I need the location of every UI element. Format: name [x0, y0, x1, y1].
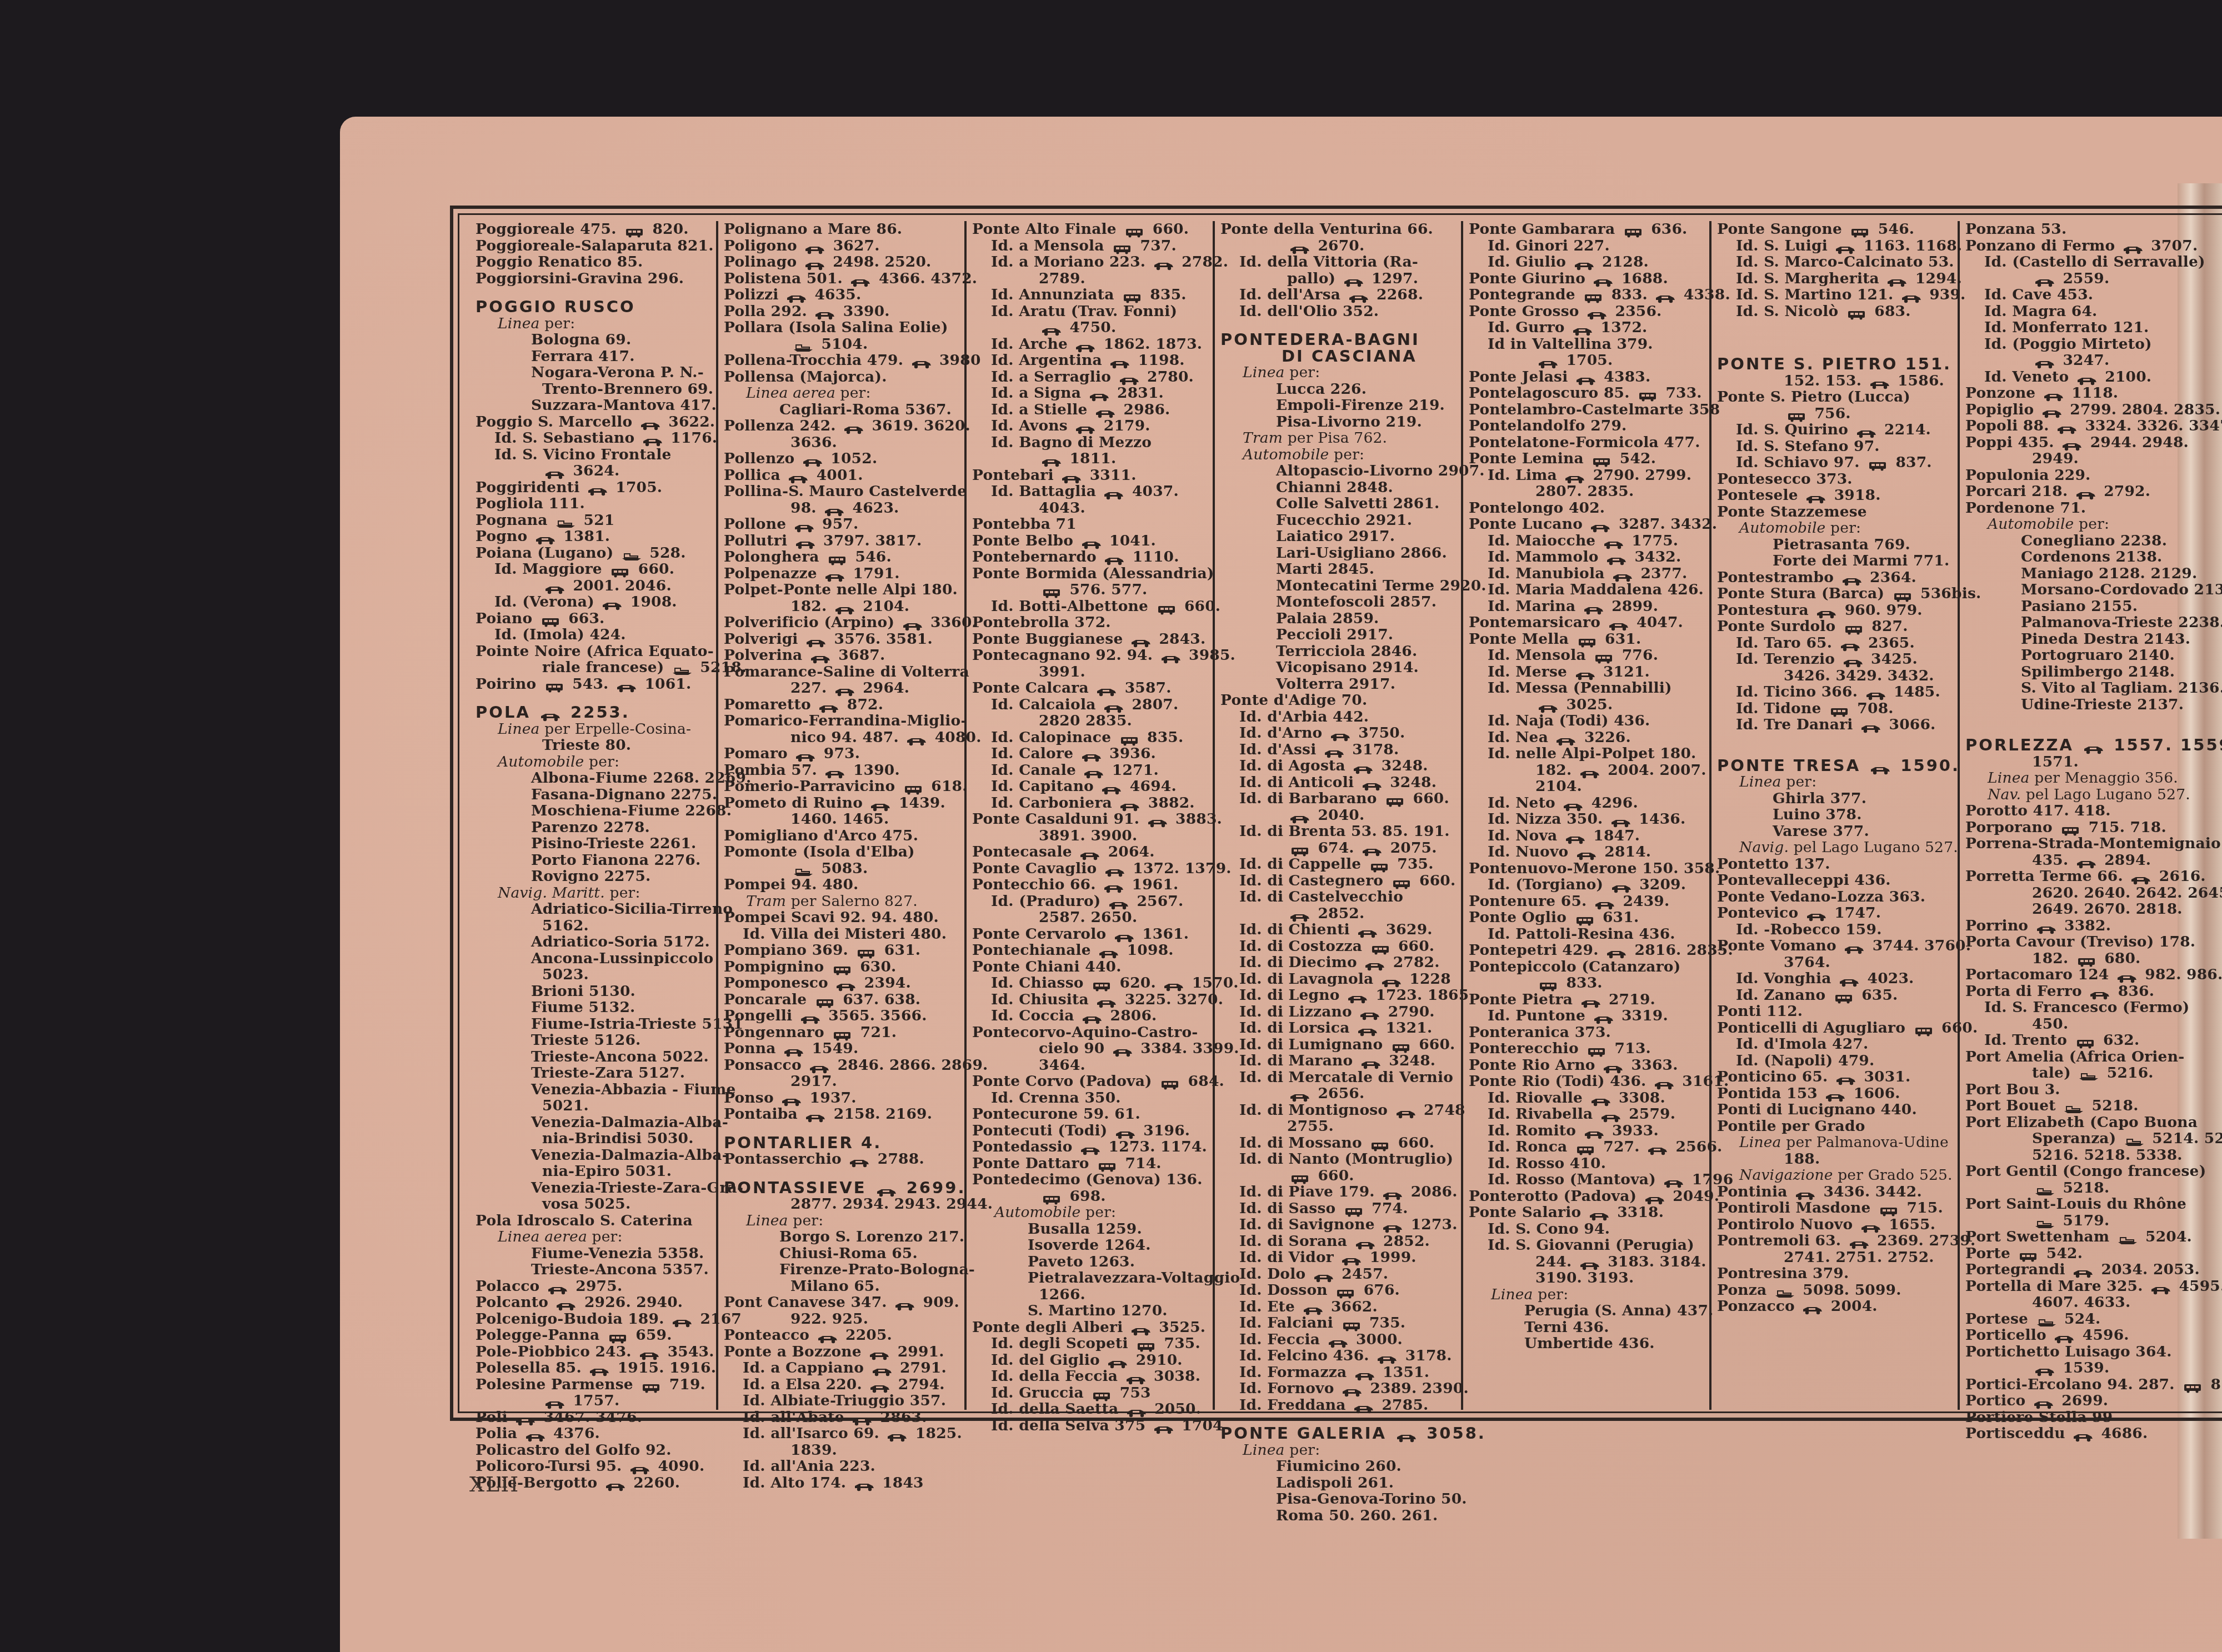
entry-continuation: Trento-Brennero 69. — [476, 381, 710, 398]
index-entry: Poggiorsini-Gravina 296. — [476, 271, 710, 287]
ship-icon — [2063, 1102, 2084, 1112]
destination-entry: Nogara-Verona P. N.- — [476, 364, 710, 381]
index-entry: Polistena 501. 4366. 4372. — [724, 271, 959, 287]
car-icon — [1795, 1188, 1816, 1198]
index-sub-entry: Id. all'Isarco 69. 1825. — [724, 1425, 959, 1442]
transport-type-label: Linea — [1988, 769, 2030, 787]
index-sub-entry: Id. di Lumignano 660. — [1220, 1037, 1455, 1053]
entry-continuation: 660. — [1220, 1168, 1455, 1184]
car-icon — [1083, 766, 1104, 776]
index-sub-entry: Id. del Giglio 2910. — [972, 1352, 1207, 1369]
index-entry: Pontebba 71 — [972, 516, 1207, 533]
index-entry: Pontebari 3311. — [972, 467, 1207, 484]
route-label: Navig. Maritt. per: — [476, 885, 710, 902]
bus-icon — [1119, 733, 1140, 743]
car-icon — [2033, 1396, 2054, 1406]
car-icon — [555, 1298, 577, 1308]
ship-icon — [2034, 1217, 2055, 1227]
destination-entry: Paveto 1263. — [972, 1254, 1207, 1270]
destination-entry: Suzzara-Mantova 417. — [476, 397, 710, 414]
destination-entry: Chianni 2848. — [1220, 479, 1455, 496]
index-entry: Poggioreale-Salaparuta 821. — [476, 238, 710, 254]
index-entry: Pombia 57. 1390. — [724, 762, 959, 779]
index-sub-entry: Id. Merse 3121. — [1469, 664, 1704, 680]
index-column-1: Poggioreale 475. 820.Poggioreale-Salapar… — [470, 221, 718, 1410]
spacer — [1717, 733, 1952, 745]
car-icon — [1580, 995, 1602, 1005]
index-entry: Poiana (Lugano) 528. — [476, 545, 710, 562]
car-icon — [642, 434, 663, 444]
index-sub-entry: Id. Alto 174. 1843 — [724, 1475, 959, 1491]
entry-continuation: 2620. 2640. 2642. 2645. — [1965, 885, 2203, 902]
transport-type-label: Linea aerea — [498, 1228, 587, 1245]
index-entry: Ponte Lemina 542. — [1469, 450, 1704, 467]
car-icon — [1589, 1208, 1610, 1218]
car-icon — [1839, 974, 1860, 984]
index-sub-entry: Id. Puntone 3319. — [1469, 1008, 1704, 1024]
destination-entry: Spilimbergo 2148. — [1965, 664, 2203, 680]
entry-continuation: 182. 2104. — [724, 598, 959, 615]
entry-continuation: cielo 90 3384. 3399. — [972, 1040, 1207, 1057]
car-icon — [2041, 406, 2063, 415]
entry-continuation: 182. 2004. 2007. — [1469, 762, 1704, 779]
bus-icon — [1370, 942, 1391, 952]
destination-entry: Venezia-Dalmazia-Alba- — [476, 1147, 710, 1164]
index-entry: Pontelatone-Formicola 477. — [1469, 434, 1704, 451]
car-icon — [1355, 1237, 1376, 1247]
car-icon — [2076, 856, 2097, 866]
car-icon — [1654, 1077, 1675, 1087]
index-entry: Pontaiba 2158. 2169. — [724, 1106, 959, 1123]
index-sub-entry: Id. d'Imola 427. — [1717, 1036, 1952, 1053]
ship-icon — [2124, 1134, 2145, 1144]
ship-icon — [2117, 1233, 2138, 1243]
car-icon — [843, 422, 864, 432]
index-entry: Polverificio (Arpino) 3360. — [724, 614, 959, 631]
index-entry: Pontestrambo 2364. — [1717, 569, 1952, 586]
index-entry: Pomaro 973. — [724, 745, 959, 762]
index-sub-entry: Id. Dolo 2457. — [1220, 1266, 1455, 1283]
bus-icon — [1122, 291, 1143, 301]
index-sub-entry: Id. Gurro 1372. — [1469, 319, 1704, 336]
car-icon — [1163, 979, 1184, 989]
entry-continuation: 2917. — [724, 1073, 959, 1090]
index-entry: Pontesele 3918. — [1717, 487, 1952, 504]
index-entry: Pognana 521 — [476, 512, 710, 529]
car-icon — [1079, 848, 1100, 858]
index-entry: Pollone 957. — [724, 516, 959, 533]
entry-continuation: 1811. — [972, 450, 1207, 467]
index-entry: Poggioreale 475. 820. — [476, 221, 710, 238]
index-entry: Pomonte (Isola d'Elba) — [724, 844, 959, 860]
bus-icon — [2075, 1036, 2096, 1046]
index-sub-entry: Id. Calopinace 835. — [972, 729, 1207, 746]
index-entry: Pogno 1381. — [476, 528, 710, 545]
car-icon — [1594, 897, 1615, 907]
car-icon — [1341, 1253, 1362, 1263]
index-sub-entry: Id. Tidone 708. — [1717, 700, 1952, 717]
entry-continuation: 2649. 2670. 2818. — [1965, 901, 2203, 918]
index-entry: Pontinia 3436. 3442. — [1717, 1184, 1952, 1200]
entry-continuation: 2755. — [1220, 1118, 1455, 1135]
index-sub-entry: Id. Gruccia 753 — [972, 1385, 1207, 1401]
car-icon — [786, 291, 807, 301]
section-heading: PONTE GALERIA 3058. — [1220, 1425, 1455, 1442]
route-label: Automobile per: — [1965, 516, 2203, 533]
destination-entry: Fucecchio 2921. — [1220, 512, 1455, 529]
entry-continuation: 922. 925. — [724, 1311, 959, 1328]
bus-icon — [855, 946, 877, 956]
index-sub-entry: Id. Marina 2899. — [1469, 598, 1704, 615]
index-entry: Ponte Jelasi 4383. — [1469, 369, 1704, 386]
entry-continuation: 1571. — [1965, 754, 2203, 770]
index-entry: Pontelagoscuro 85. 733. — [1469, 385, 1704, 402]
index-entry: Portichetto Luisago 364. — [1965, 1344, 2203, 1360]
transport-type-label: Automobile — [994, 1204, 1081, 1221]
index-entry: Pontida 153 1606. — [1717, 1085, 1952, 1102]
index-entry: Pontirolo Nuovo 1655. — [1717, 1217, 1952, 1233]
car-icon — [1353, 1401, 1374, 1411]
index-entry: Pompiano 369. 631. — [724, 942, 959, 959]
index-entry: Pontegrande 833. 4338. — [1469, 287, 1704, 303]
car-icon — [1579, 766, 1600, 776]
index-entry: Portico 2699. — [1965, 1393, 2203, 1409]
destination-entry: Ghirla 377. — [1717, 790, 1952, 807]
destination-entry: Fiumicino 260. — [1220, 1458, 1455, 1475]
index-entry: Port Saint-Louis du Rhône — [1965, 1196, 2203, 1213]
car-icon — [1289, 1089, 1310, 1099]
entry-continuation: 1757. — [476, 1393, 710, 1409]
entry-continuation: 3991. — [972, 664, 1207, 680]
car-icon — [544, 467, 565, 477]
index-sub-entry: Id. Botti-Albettone 660. — [972, 598, 1207, 615]
index-entry: Port Bou 3. — [1965, 1082, 2203, 1098]
index-entry: Ponna 1549. — [724, 1040, 959, 1057]
ship-icon — [672, 663, 693, 673]
index-entry: Port Bouet 5218. — [1965, 1098, 2203, 1114]
index-sub-entry: Id. (Praduro) 2567. — [972, 893, 1207, 910]
car-icon — [869, 1380, 890, 1390]
entry-continuation: 244. 3183. 3184. — [1469, 1254, 1704, 1270]
destination-entry: Isoverde 1264. — [972, 1237, 1207, 1254]
car-icon — [887, 1429, 908, 1439]
index-sub-entry: Id. d'Assi 3178. — [1220, 742, 1455, 758]
index-entry: Pontedecimo (Genova) 136. — [972, 1172, 1207, 1188]
car-icon — [894, 1298, 915, 1308]
bus-icon — [1124, 225, 1145, 235]
entry-continuation: 576. 577. — [972, 582, 1207, 598]
entry-continuation: Milano 65. — [724, 1278, 959, 1295]
index-entry: Portegrandi 2034. 2053. — [1965, 1261, 2203, 1278]
car-icon — [1041, 454, 1062, 464]
section-heading: PONTE S. PIETRO 151. — [1717, 356, 1952, 373]
index-entry: Port Gentil (Congo francese) — [1965, 1163, 2203, 1180]
car-icon — [1096, 995, 1117, 1005]
entry-continuation: 188. — [1717, 1151, 1952, 1168]
car-icon — [1572, 323, 1593, 333]
car-icon — [1348, 291, 1369, 301]
car-icon — [525, 1429, 546, 1439]
bus-icon — [1156, 602, 1177, 612]
index-entry: Pometo di Ruino 1439. — [724, 795, 959, 812]
index-entry: Ponti 112. — [1717, 1003, 1952, 1020]
index-sub-entry: Id. Feccia 3000. — [1220, 1331, 1455, 1348]
index-sub-entry: Id. Naja (Todi) 436. — [1469, 713, 1704, 729]
index-entry: Poggiridenti 1705. — [476, 479, 710, 496]
index-entry: Ponte Dattaro 714. — [972, 1155, 1207, 1172]
car-icon — [809, 1061, 830, 1071]
car-icon — [1806, 909, 1827, 919]
car-icon — [589, 1364, 610, 1374]
index-sub-entry: Id. S. Luigi 1163. 1168. — [1717, 238, 1952, 254]
index-sub-entry: Id. di Piave 179. 2086. — [1220, 1184, 1455, 1200]
index-entry: Ponzacco 2004. — [1717, 1298, 1952, 1315]
car-icon — [1382, 1220, 1403, 1230]
index-sub-entry: Id. di Chienti 3629. — [1220, 922, 1455, 938]
index-entry: Polegge-Panna 659. — [476, 1327, 710, 1344]
transport-type-label: Linea — [1491, 1286, 1533, 1303]
car-icon — [2073, 1429, 2094, 1439]
car-icon — [1104, 553, 1125, 563]
destination-entry: Colle Salvetti 2861. — [1220, 495, 1455, 512]
car-icon — [1647, 1143, 1668, 1153]
car-icon — [1583, 602, 1604, 612]
bus-icon — [1289, 844, 1310, 854]
car-icon — [804, 258, 825, 268]
car-icon — [1082, 1012, 1103, 1022]
car-icon — [795, 749, 816, 759]
car-icon — [535, 532, 556, 542]
destination-entry: Umbertide 436. — [1469, 1335, 1704, 1352]
bus-icon — [2076, 954, 2097, 964]
entry-continuation: 1460. 1465. — [724, 811, 959, 828]
car-icon — [783, 1044, 804, 1054]
transport-type-label: Linea — [498, 315, 540, 332]
bus-icon — [1091, 979, 1112, 989]
route-label: Automobile per: — [1717, 520, 1952, 537]
index-entry: Pontedassio 1273. 1174. — [972, 1139, 1207, 1155]
index-entry: Porta Cavour (Treviso) 178. — [1965, 934, 2203, 950]
index-entry: Pontestura 960. 979. — [1717, 602, 1952, 619]
index-sub-entry: Id. Rivabella 2579. — [1469, 1106, 1704, 1123]
entry-continuation: 5162. — [476, 918, 710, 934]
index-sub-entry: Id. Nuovo 2814. — [1469, 844, 1704, 860]
index-sub-entry: Id. Veneto 2100. — [1965, 369, 2203, 386]
index-sub-entry: Id. Dosson 676. — [1220, 1282, 1455, 1299]
index-entry: Pontevalleceppi 436. — [1717, 872, 1952, 889]
index-sub-entry: Id. S. Vicino Frontale — [476, 447, 710, 463]
index-sub-entry: Id. Canale 1271. — [972, 762, 1207, 779]
entry-continuation: 2741. 2751. 2752. — [1717, 1249, 1952, 1266]
car-icon — [2034, 356, 2055, 366]
bus-icon — [1341, 1319, 1362, 1329]
index-entry: Pollina-S. Mauro Castelverde — [724, 483, 959, 500]
car-icon — [2043, 389, 2064, 399]
index-sub-entry: Id. Falciani 735. — [1220, 1315, 1455, 1331]
entry-continuation: nia-Brindisi 5030. — [476, 1130, 710, 1147]
index-entry: Poppi 435. 2944. 2948. — [1965, 434, 2203, 451]
destination-entry: Maniago 2128. 2129. — [1965, 565, 2203, 582]
car-icon — [824, 504, 845, 514]
index-entry: Ponte Belbo 1041. — [972, 533, 1207, 549]
index-entry: Ponte Salario 3318. — [1469, 1204, 1704, 1221]
index-entry: Ponte Vomano 3744. 3760. — [1717, 938, 1952, 954]
index-sub-entry: Id. a Elsa 220. 2794. — [724, 1376, 959, 1393]
index-sub-entry: Id. di Diecimo 2782. — [1220, 954, 1455, 971]
car-icon — [1575, 668, 1596, 678]
index-sub-entry: Id. Calore 3936. — [972, 745, 1207, 762]
index-sub-entry: Id. Avons 2179. — [972, 418, 1207, 434]
ship-icon — [1774, 1286, 1795, 1296]
index-sub-entry: Id. di Mercatale di Vernio — [1220, 1069, 1455, 1086]
car-icon — [1075, 422, 1096, 432]
car-icon — [639, 1348, 660, 1358]
spacer — [1717, 332, 1952, 344]
index-entry: Polesine Parmense 719. — [476, 1376, 710, 1393]
index-entry: Pomponesco 2394. — [724, 975, 959, 992]
index-sub-entry: Id. Lima 2790. 2799. — [1469, 467, 1704, 484]
entry-continuation: 5179. — [1965, 1213, 2203, 1229]
index-entry: Porrino 3382. — [1965, 918, 2203, 934]
car-icon — [817, 1331, 838, 1341]
car-icon — [1860, 720, 1881, 730]
car-icon — [1538, 700, 1559, 710]
index-entry: Porporano 715. 718. — [1965, 819, 2203, 836]
entry-continuation: 2587. 2650. — [972, 909, 1207, 926]
index-entry: Ponte Alto Finale 660. — [972, 221, 1207, 238]
index-entry: Pongennaro 721. — [724, 1024, 959, 1041]
car-icon — [1840, 639, 1861, 649]
index-entry: Ponte Oglio 631. — [1469, 909, 1704, 926]
transport-type-label: Tram — [1243, 429, 1283, 447]
entry-continuation: vosa 5025. — [476, 1196, 710, 1213]
entry-continuation: 152. 153. 1586. — [1717, 373, 1952, 389]
index-sub-entry: Id. della Saetta 2050. — [972, 1401, 1207, 1418]
index-entry: Ponterotto (Padova) 2049. — [1469, 1188, 1704, 1205]
index-sub-entry: Id. di Lizzano 2790. — [1220, 1004, 1455, 1020]
index-sub-entry: Id. Nea 3226. — [1469, 729, 1704, 746]
car-icon — [1357, 1024, 1378, 1034]
index-entry: Ponticino 65. 3031. — [1717, 1069, 1952, 1085]
index-sub-entry: Id. di Castegnero 660. — [1220, 873, 1455, 889]
section-heading: PONTARLIER 4. — [724, 1135, 959, 1152]
index-sub-entry: Id. Rosso (Mantova) 1796 — [1469, 1172, 1704, 1188]
car-icon — [2056, 422, 2078, 432]
destination-entry: Varese 377. — [1717, 823, 1952, 840]
index-sub-entry: Id. S. Francesco (Fermo) — [1965, 999, 2203, 1016]
section-heading-continued: DI CASCIANA — [1220, 348, 1455, 365]
car-icon — [1377, 1351, 1398, 1361]
index-entry: Ponte Casalduni 91. 3883. — [972, 811, 1207, 828]
car-icon — [834, 602, 855, 612]
car-icon — [1098, 946, 1119, 956]
index-entry: Polesella 85. 1915. 1916. — [476, 1360, 710, 1376]
car-icon — [1153, 258, 1174, 268]
entry-continuation: 435. 2894. — [1965, 852, 2203, 869]
destination-entry: Montefoscoli 2857. — [1220, 594, 1455, 610]
destination-entry: Terni 436. — [1469, 1319, 1704, 1336]
section-heading: PORLEZZA 1557. 1559. — [1965, 737, 2203, 754]
car-icon — [1061, 471, 1082, 481]
index-entry: Pomarico-Ferrandina-Miglio- — [724, 713, 959, 729]
car-icon — [1095, 406, 1116, 415]
index-sub-entry: Id. Magra 64. — [1965, 303, 2203, 320]
entry-continuation: 182. 680. — [1965, 950, 2203, 967]
bus-icon — [1384, 794, 1405, 804]
route-label: Navig. pel Lago Lugano 527. — [1717, 839, 1952, 856]
bus-icon — [1574, 913, 1595, 923]
index-sub-entry: Id. di Sasso 774. — [1220, 1200, 1455, 1217]
index-entry: Ponte Pietra 2719. — [1469, 992, 1704, 1008]
car-icon — [810, 651, 831, 661]
car-icon — [672, 1315, 693, 1325]
index-sub-entry: Id. S. Cono 94. — [1469, 1221, 1704, 1238]
car-icon — [1865, 688, 1886, 698]
car-icon — [1096, 684, 1117, 694]
car-icon — [1119, 373, 1140, 383]
index-sub-entry: Id. a Stielle 2986. — [972, 402, 1207, 418]
car-icon — [795, 537, 816, 547]
bus-icon — [827, 553, 848, 563]
car-icon — [1342, 1384, 1363, 1394]
entry-continuation: 2656. — [1220, 1085, 1455, 1102]
bus-icon — [1913, 1024, 1934, 1034]
car-icon — [1870, 762, 1891, 772]
index-sub-entry: Id. S. Marco-Calcinato 53. — [1717, 254, 1952, 271]
index-entry: Poirino 543. 1061. — [476, 676, 710, 693]
index-sub-entry: Id. Maggiore 660. — [476, 561, 710, 578]
index-entry: Ponzana 53. — [1965, 221, 2203, 238]
section-heading: POLA 2253. — [476, 704, 710, 721]
index-sub-entry: Id. Pattoli-Resina 436. — [1469, 926, 1704, 943]
destination-entry: Empoli-Firenze 219. — [1220, 397, 1455, 414]
index-entry: Populonia 229. — [1965, 467, 2203, 484]
index-sub-entry: Id. dell'Arsa 2268. — [1220, 287, 1455, 303]
car-icon — [834, 684, 855, 694]
entry-continuation: 1705. — [1469, 352, 1704, 369]
bus-icon — [624, 225, 645, 235]
index-entry: Ponte Cervarolo 1361. — [972, 926, 1207, 943]
index-column-6: Ponte Sangone 546.Id. S. Luigi 1163. 116… — [1711, 221, 1960, 1410]
destination-entry: Laiatico 2917. — [1220, 528, 1455, 545]
bus-icon — [609, 565, 630, 575]
car-icon — [1343, 274, 1364, 284]
car-icon — [2034, 274, 2055, 284]
car-icon — [1849, 1237, 1870, 1246]
car-icon — [804, 242, 825, 252]
index-sub-entry: Id. (Imola) 424. — [476, 627, 710, 643]
index-sub-entry: Id. Fornovo 2389. 2390. — [1220, 1380, 1455, 1397]
car-icon — [1869, 377, 1890, 387]
destination-entry: Roma 50. 260. 261. — [1220, 1508, 1455, 1524]
destination-entry: Trieste-Ancona 5022. — [476, 1049, 710, 1065]
car-icon — [1289, 811, 1310, 821]
index-entry: Poligono 3627. — [724, 238, 959, 254]
transport-type-label: Linea aerea — [746, 384, 835, 402]
entry-continuation: 5216. 5218. 5338. — [1965, 1147, 2203, 1164]
car-icon — [1362, 778, 1383, 788]
index-sub-entry: Id. Annunziata 835. — [972, 287, 1207, 303]
car-icon — [1108, 897, 1129, 907]
car-icon — [629, 1462, 650, 1472]
car-icon — [1125, 1372, 1147, 1382]
car-icon — [1362, 844, 1383, 854]
route-label: Linea per Erpelle-Cosina- — [476, 721, 710, 738]
index-entry: Polverina 3687. — [724, 647, 959, 664]
index-entry: Ponte Corvo (Padova) 684. — [972, 1073, 1207, 1090]
car-icon — [605, 1479, 626, 1489]
car-icon — [1606, 553, 1627, 563]
